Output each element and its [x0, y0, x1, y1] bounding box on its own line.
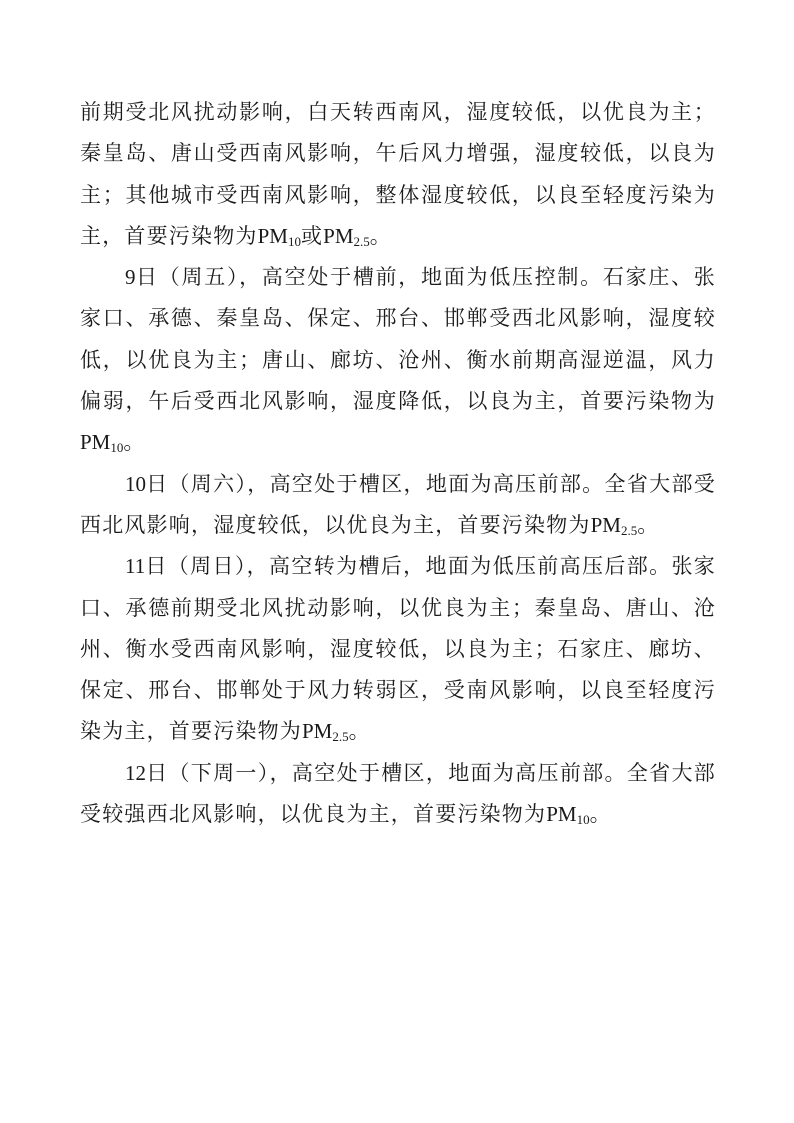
subscript-text: 10	[288, 234, 301, 249]
body-text: 前期受北风扰动影响，白天转西南风，湿度较低，以优良为主；秦皇岛、唐山受西南风影响…	[80, 100, 716, 248]
body-text: 或	[301, 224, 323, 248]
latin-text: 10	[125, 472, 146, 496]
subscript-text: 2.5	[621, 523, 637, 538]
paragraph-day-12: 12日（下周一），高空处于槽区，地面为高压前部。全省大部受较强西北风影响，以优良…	[80, 753, 716, 836]
latin-text: 9	[125, 265, 136, 289]
document-page: 前期受北风扰动影响，白天转西南风，湿度较低，以优良为主；秦皇岛、唐山受西南风影响…	[80, 92, 716, 835]
paragraph-day-11: 11日（周日），高空转为槽后，地面为低压前高压后部。张家口、承德前期受北风扰动影…	[80, 546, 716, 752]
body-text: 。	[370, 224, 392, 248]
latin-text: PM	[80, 430, 110, 454]
subscript-text: 10	[110, 440, 123, 455]
body-text: 。	[349, 719, 371, 743]
latin-text: PM	[546, 802, 576, 826]
body-text: 。	[123, 430, 145, 454]
paragraph-day-9: 9日（周五），高空处于槽前，地面为低压控制。石家庄、张家口、承德、秦皇岛、保定、…	[80, 257, 716, 463]
latin-text: PM	[323, 224, 353, 248]
latin-text: PM	[258, 224, 288, 248]
latin-text: PM	[591, 513, 621, 537]
body-text: 。	[590, 802, 612, 826]
latin-text: 11	[125, 554, 145, 578]
subscript-text: 10	[577, 812, 590, 827]
latin-text: PM	[302, 719, 332, 743]
body-text: 日（周五），高空处于槽前，地面为低压控制。石家庄、张家口、承德、秦皇岛、保定、邢…	[80, 265, 716, 413]
body-text: 。	[637, 513, 659, 537]
subscript-text: 2.5	[332, 729, 348, 744]
subscript-text: 2.5	[354, 234, 370, 249]
paragraph-continuation: 前期受北风扰动影响，白天转西南风，湿度较低，以优良为主；秦皇岛、唐山受西南风影响…	[80, 92, 716, 257]
latin-text: 12	[125, 761, 146, 785]
paragraph-day-10: 10日（周六），高空处于槽区，地面为高压前部。全省大部受西北风影响，湿度较低，以…	[80, 464, 716, 547]
body-text: 日（周日），高空转为槽后，地面为低压前高压后部。张家口、承德前期受北风扰动影响，…	[80, 554, 716, 743]
body-text: 日（下周一），高空处于槽区，地面为高压前部。全省大部受较强西北风影响，以优良为主…	[80, 761, 716, 826]
